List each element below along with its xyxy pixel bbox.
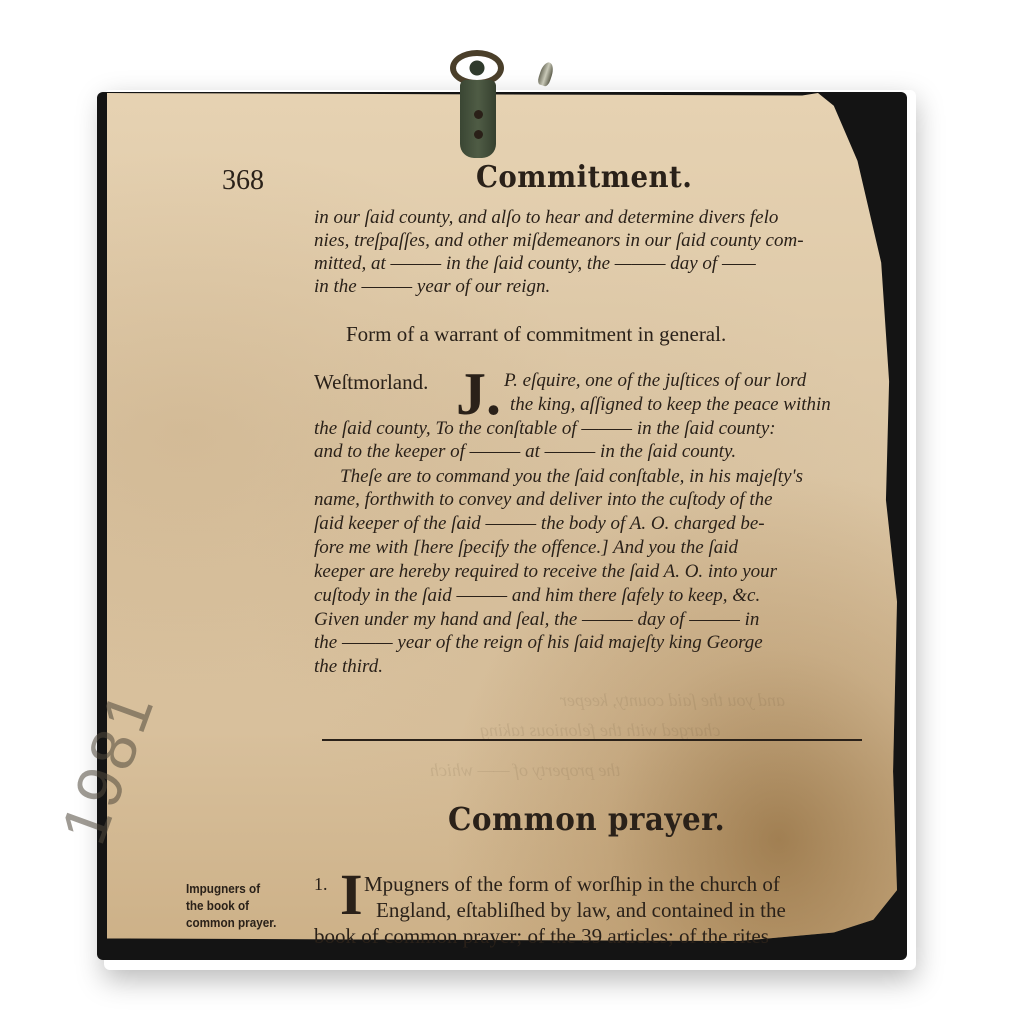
clip-plate	[460, 80, 496, 158]
margin-note-line: Impugners of	[186, 880, 276, 897]
bleed-through-text: the property of —— which	[430, 760, 620, 781]
text-line: the king, aſſigned to keep the peace wit…	[510, 394, 831, 416]
margin-note-line: common prayer.	[186, 914, 276, 931]
running-title: Commitment.	[476, 160, 692, 195]
text-line: nies, treſpaſſes, and other miſdemeanors…	[314, 230, 804, 252]
form-heading: Form of a warrant of commitment in gener…	[346, 322, 726, 347]
drop-cap: I	[340, 866, 363, 924]
item-number: 1.	[314, 874, 328, 895]
margin-note: Impugners of the book of common prayer.	[186, 880, 286, 931]
text-line: in the ——— year of our reign.	[314, 276, 550, 298]
section-divider-rule	[322, 739, 862, 741]
text-line: England, eſtabliſhed by law, and contain…	[376, 898, 786, 923]
text-line: Theſe are to command you the ſaid conſta…	[340, 466, 803, 488]
drop-cap: J.	[456, 364, 501, 424]
text-line: and to the keeper of ——— at ——— in the ſ…	[314, 441, 736, 463]
text-line: Given under my hand and ſeal, the ——— da…	[314, 609, 759, 631]
margin-note-line: the book of	[186, 897, 276, 914]
screw-hole	[474, 130, 483, 139]
text-line: Mpugners of the form of worſhip in the c…	[364, 872, 780, 897]
nail-icon	[537, 61, 556, 88]
text-line: P. eſquire, one of the juſtices of our l…	[504, 370, 806, 392]
page-number: 368	[222, 165, 264, 197]
text-line: keeper are hereby required to receive th…	[314, 561, 777, 583]
text-line: book of common prayer; of the 39 article…	[314, 924, 769, 949]
text-line: in our ſaid county, and alſo to hear and…	[314, 207, 778, 229]
text-line: the ſaid county, To the conſtable of ———…	[314, 418, 776, 440]
section-title: Common prayer.	[448, 800, 725, 838]
text-line: the third.	[314, 656, 383, 678]
text-line: name, forthwith to convey and deliver in…	[314, 489, 773, 511]
bleed-through-text: charged with the felonious taking	[480, 720, 720, 741]
county-name: Weſtmorland.	[314, 370, 428, 395]
text-line: mitted, at ——— in the ſaid county, the —…	[314, 253, 756, 275]
text-line: the ——— year of the reign of his ſaid ma…	[314, 632, 763, 654]
text-line: cuſtody in the ſaid ——— and him there ſa…	[314, 585, 760, 607]
hanging-clip-icon	[458, 50, 498, 160]
bleed-through-text: and you the ſaid county, keeper	[560, 690, 785, 711]
text-line: fore me with [here ſpecify the offence.]…	[314, 537, 738, 559]
screw-hole	[474, 110, 483, 119]
text-line: ſaid keeper of the ſaid ——— the body of …	[314, 513, 765, 535]
